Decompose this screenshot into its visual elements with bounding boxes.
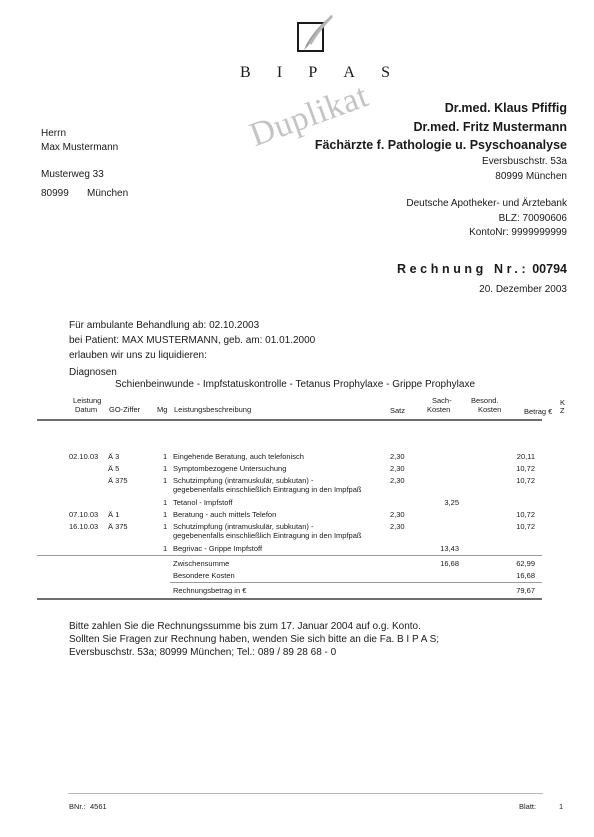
bank-name: Deutsche Apotheker- und Ärztebank (406, 198, 567, 209)
sender-street: Eversbuschstr. 53a (482, 156, 567, 167)
row-rate: 2,30 (390, 464, 405, 473)
page-number: 1 (559, 802, 563, 811)
sender-city: 80999 München (495, 171, 567, 182)
table-row: Ä 3751Schutzimpfung (intramuskulär, subk… (0, 476, 594, 487)
row-rate: 2,30 (390, 510, 405, 519)
row-quantity: 1 (163, 452, 167, 461)
row-date: 07.10.03 (69, 510, 98, 519)
header-sach-1: Sach- (432, 396, 452, 405)
row-rate: 2,30 (390, 476, 405, 485)
bnr-value: 4561 (90, 802, 107, 811)
payment-due: Bitte zahlen Sie die Rechnungssumme bis … (69, 621, 421, 632)
header-besond-2: Kosten (478, 405, 501, 414)
recipient-city: München (87, 188, 128, 199)
row-description: Schutzimpfung (intramuskulär, subkutan) … (173, 522, 313, 531)
row-quantity: 1 (163, 476, 167, 485)
invoice-number-label: Rechnung Nr.: (397, 262, 529, 276)
table-row: 02.10.03Ä 31Eingehende Beratung, auch te… (0, 452, 594, 463)
bank-blz: BLZ: 70090606 (499, 213, 567, 224)
header-betrag: Betrag € (524, 407, 552, 416)
header-description: Leistungsbeschreibung (174, 405, 251, 414)
total-amount: 79,67 (516, 586, 535, 595)
invoice-number: 00794 (532, 262, 567, 276)
header-mg: Mg (157, 405, 167, 414)
recipient-name: Max Mustermann (41, 142, 118, 153)
logo-letter: I (277, 64, 282, 82)
row-quantity: 1 (163, 464, 167, 473)
row-description: Tetanol - Impfstoff (173, 498, 232, 507)
row-description-continued: gegebenenfalls einschließlich Eintragung… (173, 485, 361, 494)
row-go-ziffer: Ä 375 (108, 476, 128, 485)
table-header-divider (37, 419, 542, 421)
row-quantity: 1 (163, 498, 167, 507)
row-description: Begrivac - Grippe Impfstoff (173, 544, 262, 553)
recipient-zip: 80999 (41, 188, 69, 199)
subtotal-label: Zwischensumme (173, 559, 229, 568)
row-date: 16.10.03 (69, 522, 98, 531)
row-amount: 10,72 (516, 510, 535, 519)
table-row: 16.10.03Ä 3751Schutzimpfung (intramuskul… (0, 522, 594, 533)
company-logo-text: B I P A S (240, 64, 390, 82)
row-date: 02.10.03 (69, 452, 98, 461)
table-row: Ä 51Symptombezogene Untersuchung2,3010,7… (0, 464, 594, 475)
recipient-salutation: Herrn (41, 128, 66, 139)
table-row: 1Begrivac - Grippe Impfstoff13,43 (0, 544, 594, 555)
table-body-divider (37, 555, 542, 556)
header-sach-2: Kosten (427, 405, 450, 414)
table-end-divider (37, 598, 542, 600)
header-satz: Satz (390, 406, 405, 415)
table-row: 1Tetanol - Impfstoff3,25 (0, 498, 594, 509)
recipient-street: Musterweg 33 (41, 169, 104, 180)
subtotal-row: Zwischensumme 16,68 62,99 (0, 559, 594, 570)
treatment-start: Für ambulante Behandlung ab: 02.10.2003 (69, 320, 259, 331)
total-row: Rechnungsbetrag in € 79,67 (0, 586, 594, 597)
row-quantity: 1 (163, 544, 167, 553)
row-description: Schutzimpfung (intramuskulär, subkutan) … (173, 476, 313, 485)
diagnoses-label: Diagnosen (69, 367, 117, 378)
intro-text: erlauben wir uns zu liquidieren: (69, 350, 207, 361)
row-go-ziffer: Ä 3 (108, 452, 119, 461)
row-rate: 2,30 (390, 452, 405, 461)
logo-letter: B (240, 64, 251, 82)
sender-specialty: Fächärzte f. Pathologie u. Psyschoanalys… (315, 138, 567, 152)
sender-doctor-2: Dr.med. Fritz Mustermann (414, 120, 568, 134)
row-rate: 2,30 (390, 522, 405, 531)
page-label: Blatt: (519, 802, 536, 811)
sender-doctor-1: Dr.med. Klaus Pfiffig (445, 101, 567, 115)
row-go-ziffer: Ä 375 (108, 522, 128, 531)
row-go-ziffer: Ä 1 (108, 510, 119, 519)
bnr-label: BNr.: (69, 802, 86, 811)
subtotal-special-costs: 16,68 (440, 559, 459, 568)
header-go-ziffer: GO-Ziffer (109, 405, 140, 414)
row-special-costs: 13,43 (440, 544, 459, 553)
row-quantity: 1 (163, 522, 167, 531)
logo-letter: P (308, 64, 317, 82)
row-description: Symptombezogene Untersuchung (173, 464, 286, 473)
bank-account: KontoNr: 9999999999 (469, 227, 567, 238)
subtotal-amount: 62,99 (516, 559, 535, 568)
footer-divider (68, 793, 543, 794)
row-quantity: 1 (163, 510, 167, 519)
invoice-date: 20. Dezember 2003 (479, 284, 567, 295)
payment-contact: Sollten Sie Fragen zur Rechnung haben, w… (69, 634, 439, 645)
header-datum: Datum (75, 405, 97, 414)
row-amount: 10,72 (516, 464, 535, 473)
row-description-continued: gegebenenfalls einschließlich Eintragung… (173, 531, 361, 540)
feather-icon (298, 12, 338, 52)
table-row: 07.10.03Ä 11Beratung - auch mittels Tele… (0, 510, 594, 521)
row-amount: 10,72 (516, 522, 535, 531)
special-costs-label: Besondere Kosten (173, 571, 235, 580)
row-description: Eingehende Beratung, auch telefonisch (173, 452, 304, 461)
payment-address: Eversbuschstr. 53a; 80999 München; Tel.:… (69, 647, 336, 658)
row-amount: 20,11 (517, 452, 535, 461)
logo-letter: S (381, 64, 390, 82)
header-leistung: Leistung (73, 396, 101, 405)
patient-info: bei Patient: MAX MUSTERMANN, geb. am: 01… (69, 335, 315, 346)
row-special-costs: 3,25 (444, 498, 459, 507)
special-costs-amount: 16,68 (516, 571, 535, 580)
header-besond-1: Besond. (471, 396, 499, 405)
header-z: Z (560, 406, 565, 415)
total-label: Rechnungsbetrag in € (173, 586, 246, 595)
diagnoses-text: Schienbeinwunde - Impfstatuskontrolle - … (115, 379, 475, 390)
row-go-ziffer: Ä 5 (108, 464, 119, 473)
totals-divider (170, 582, 542, 583)
row-description: Beratung - auch mittels Telefon (173, 510, 276, 519)
row-amount: 10,72 (516, 476, 535, 485)
special-costs-row: Besondere Kosten 16,68 (0, 571, 594, 582)
